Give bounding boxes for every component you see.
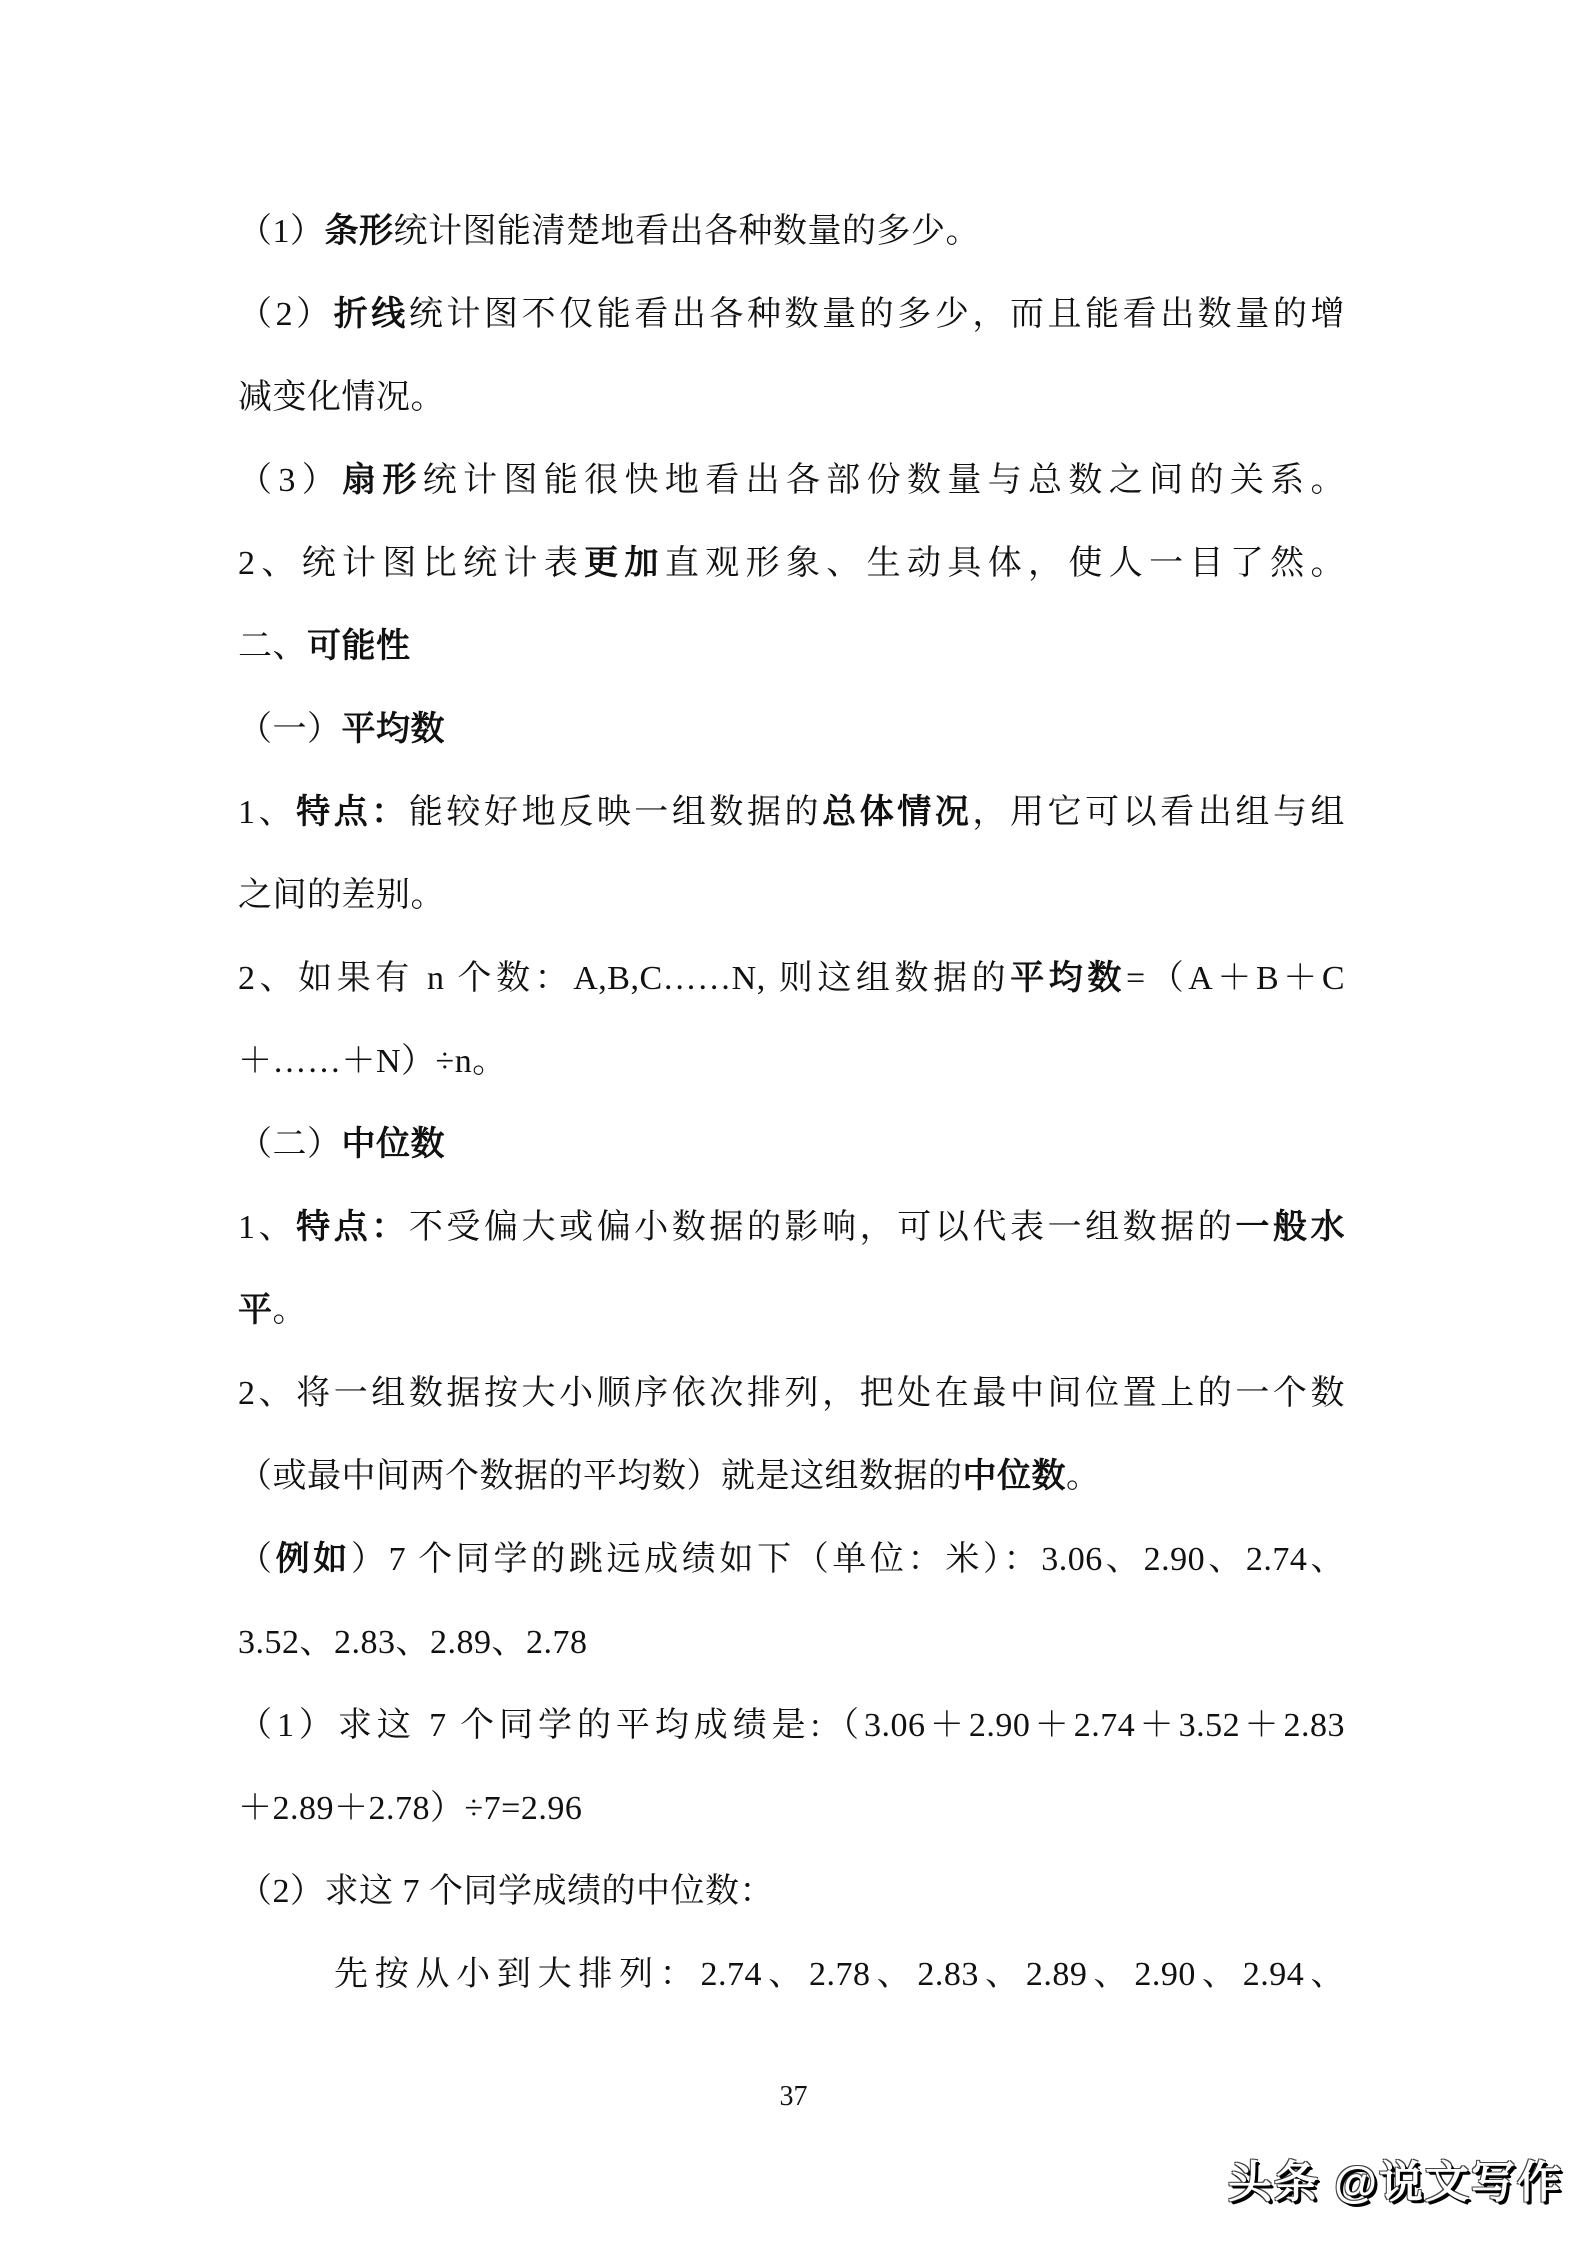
- text-segment: 不受偏大或偏小数据的影响，可以代表一组数据的: [409, 1209, 1236, 1246]
- text-segment: （一）: [238, 711, 342, 748]
- text-line: 1、特点：不受偏大或偏小数据的影响，可以代表一组数据的一般水: [238, 1204, 1345, 1287]
- text-line: 先按从小到大排列：2.74、2.78、2.83、2.89、2.90、2.94、: [238, 1951, 1345, 2034]
- bold-text-segment: 特点：: [296, 794, 409, 831]
- text-segment: （: [238, 1541, 276, 1578]
- text-segment: 2、将一组数据按大小顺序依次排列，把处在最中间位置上的一个数: [238, 1375, 1345, 1412]
- text-segment: 统计图能清楚地看出各种数量的多少。: [394, 213, 981, 250]
- text-segment: （3）: [238, 462, 342, 499]
- text-segment: 统计图能很快地看出各部份数量与总数之间的关系。: [423, 462, 1345, 499]
- text-segment: ＋2.89＋2.78）÷7=2.96: [238, 1790, 582, 1827]
- text-segment: 2、统计图比统计表: [238, 545, 584, 582]
- watermark: 头条 @说文写作: [1228, 2158, 1563, 2208]
- bold-text-segment: 条形: [325, 213, 394, 250]
- text-line: 3.52、2.83、2.89、2.78: [238, 1619, 1345, 1702]
- bold-text-segment: 平: [238, 1292, 273, 1329]
- text-line: 之间的差别。: [238, 872, 1345, 955]
- text-segment: 。: [273, 1292, 308, 1329]
- text-segment: 2、如果有 n 个数：A,B,C……N, 则这组数据的: [238, 960, 1010, 997]
- text-line: （1）求这 7 个同学的平均成绩是:（3.06＋2.90＋2.74＋3.52＋2…: [238, 1702, 1345, 1785]
- text-segment: 先按从小到大排列：2.74、2.78、2.83、2.89、2.90、2.94、: [334, 1956, 1345, 1993]
- bold-text-segment: 中位数: [342, 1126, 446, 1163]
- text-segment: （2）求这 7 个同学成绩的中位数：: [238, 1873, 774, 1910]
- text-line: 2、统计图比统计表更加直观形象、生动具体，使人一目了然。: [238, 540, 1345, 623]
- bold-text-segment: 可能性: [307, 628, 411, 665]
- text-line: （3）扇形统计图能很快地看出各部份数量与总数之间的关系。: [238, 457, 1345, 540]
- text-line: ＋2.89＋2.78）÷7=2.96: [238, 1785, 1345, 1868]
- text-segment: 。: [1066, 1458, 1101, 1495]
- text-segment: 二、: [238, 628, 307, 665]
- bold-text-segment: 总体情况: [822, 794, 972, 831]
- text-line: 1、特点：能较好地反映一组数据的总体情况，用它可以看出组与组: [238, 789, 1345, 872]
- text-segment: 1、: [238, 794, 296, 831]
- bold-text-segment: 例如: [276, 1541, 351, 1578]
- text-segment: ）7 个同学的跳远成绩如下（单位：米）：3.06、2.90、2.74、: [351, 1541, 1345, 1578]
- text-line: 2、如果有 n 个数：A,B,C……N, 则这组数据的平均数=（A＋B＋C: [238, 955, 1345, 1038]
- text-segment: 之间的差别。: [238, 877, 445, 914]
- text-segment: （1）求这 7 个同学的平均成绩是:（3.06＋2.90＋2.74＋3.52＋2…: [238, 1707, 1345, 1744]
- text-segment: （或最中间两个数据的平均数）就是这组数据的: [238, 1458, 963, 1495]
- bold-text-segment: 一般水: [1235, 1209, 1345, 1246]
- document-body: （1）条形统计图能清楚地看出各种数量的多少。（2）折线统计图不仅能看出各种数量的…: [238, 208, 1345, 2034]
- bold-text-segment: 折线: [334, 296, 409, 333]
- text-line: ＋……＋N）÷n。: [238, 1038, 1345, 1121]
- bold-text-segment: 特点：: [296, 1209, 409, 1246]
- bold-text-segment: 更加: [584, 545, 665, 582]
- text-segment: （1）: [238, 213, 325, 250]
- text-line: 2、将一组数据按大小顺序依次排列，把处在最中间位置上的一个数: [238, 1370, 1345, 1453]
- text-line: 平。: [238, 1287, 1345, 1370]
- text-segment: （二）: [238, 1126, 342, 1163]
- text-line: 减变化情况。: [238, 374, 1345, 457]
- bold-text-segment: 平均数: [342, 711, 446, 748]
- text-line: （例如）7 个同学的跳远成绩如下（单位：米）：3.06、2.90、2.74、: [238, 1536, 1345, 1619]
- text-segment: ＋……＋N）÷n。: [238, 1043, 507, 1080]
- text-line: （2）折线统计图不仅能看出各种数量的多少，而且能看出数量的增: [238, 291, 1345, 374]
- text-segment: 能较好地反映一组数据的: [409, 794, 822, 831]
- text-segment: 3.52、2.83、2.89、2.78: [238, 1624, 588, 1661]
- text-line: （或最中间两个数据的平均数）就是这组数据的中位数。: [238, 1453, 1345, 1536]
- text-segment: ，用它可以看出组与组: [972, 794, 1345, 831]
- page-number: 37: [0, 2082, 1587, 2112]
- text-line: （二）中位数: [238, 1121, 1345, 1204]
- bold-text-segment: 中位数: [963, 1458, 1067, 1495]
- text-line: （一）平均数: [238, 706, 1345, 789]
- text-line: 二、可能性: [238, 623, 1345, 706]
- text-line: （1）条形统计图能清楚地看出各种数量的多少。: [238, 208, 1345, 291]
- text-line: （2）求这 7 个同学成绩的中位数：: [238, 1868, 1345, 1951]
- text-segment: 1、: [238, 1209, 296, 1246]
- bold-text-segment: 平均数: [1010, 960, 1126, 997]
- text-segment: 减变化情况。: [238, 379, 445, 416]
- text-segment: 统计图不仅能看出各种数量的多少，而且能看出数量的增: [409, 296, 1345, 333]
- document-page: （1）条形统计图能清楚地看出各种数量的多少。（2）折线统计图不仅能看出各种数量的…: [0, 0, 1587, 2245]
- text-segment: （2）: [238, 296, 334, 333]
- text-segment: =（A＋B＋C: [1126, 960, 1345, 997]
- text-segment: 直观形象、生动具体，使人一目了然。: [665, 545, 1345, 582]
- bold-text-segment: 扇形: [342, 462, 423, 499]
